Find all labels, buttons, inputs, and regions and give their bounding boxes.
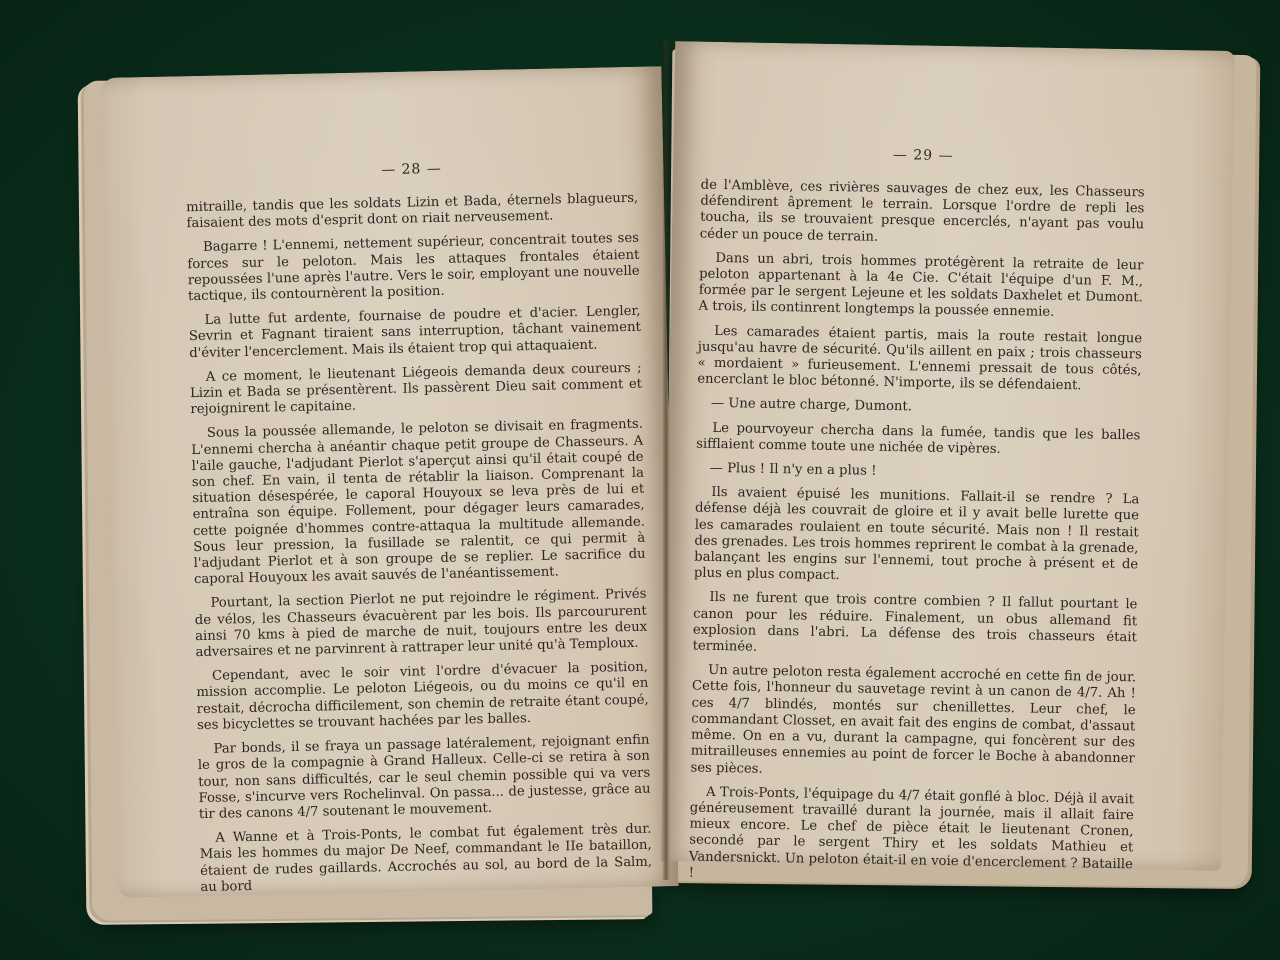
paragraph: Ils avaient épuisé les munitions. Fallai…	[694, 485, 1140, 590]
paragraph: A Wanne et à Trois-Ponts, le combat fut …	[199, 822, 652, 896]
paragraph: de l'Amblève, ces rivières sauvages de c…	[700, 178, 1145, 251]
left-page: — 28 — mitraille, tandis que les soldats…	[101, 66, 678, 898]
page-number-right: — 29 —	[701, 144, 1145, 168]
right-page: — 29 — de l'Amblève, ces rivières sauvag…	[661, 41, 1235, 871]
paragraph: Un autre peloton resta également accroch…	[690, 663, 1136, 784]
open-book: — 28 — mitraille, tandis que les soldats…	[0, 0, 1280, 960]
paragraph: mitraille, tandis que les soldats Lizin …	[186, 191, 639, 233]
paragraph: Cependant, avec le soir vint l'ordre d'é…	[196, 660, 649, 734]
paragraph: Ils ne furent que trois contre combien ?…	[692, 590, 1137, 663]
paragraph: Les camarades étaient partis, mais la ro…	[697, 323, 1142, 396]
paragraph: Sous la poussée allemande, le peloton se…	[191, 417, 646, 588]
book-gutter	[662, 40, 670, 880]
paragraph: Bagarre ! L'ennemi, nettement supérieur,…	[187, 231, 640, 305]
paragraph: Par bonds, il se fraya un passage latéra…	[197, 733, 651, 823]
paragraph: A ce moment, le lieutenant Liégeois dema…	[190, 361, 643, 419]
paragraph: A Trois-Ponts, l'équipage du 4/7 était g…	[689, 784, 1135, 889]
paragraph: Pourtant, la section Pierlot ne put rejo…	[194, 587, 647, 661]
paragraph: Dans un abri, trois hommes protégèrent l…	[698, 250, 1143, 323]
page-number-left: — 28 —	[185, 157, 637, 182]
dialogue-line: — Une autre charge, Dumont.	[697, 396, 1141, 420]
dialogue-line: — Plus ! Il n'y en a plus !	[696, 461, 1140, 485]
paragraph: La lutte fut ardente, fournaise de poudr…	[188, 304, 641, 362]
paragraph: Le pourvoyeur chercha dans la fumée, tan…	[696, 420, 1140, 460]
right-page-text: de l'Amblève, ces rivières sauvages de c…	[689, 178, 1145, 890]
left-page-text: mitraille, tandis que les soldats Lizin …	[186, 191, 652, 896]
